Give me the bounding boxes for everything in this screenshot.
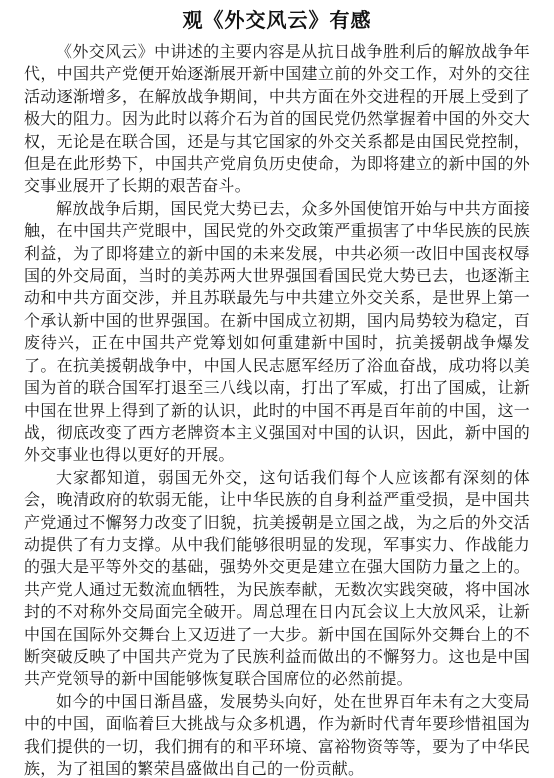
essay-title: 观《外交风云》有感 <box>24 8 530 34</box>
document-page: 观《外交风云》有感 《外交风云》中讲述的主要内容是从抗日战争胜利后的解放战争年代… <box>0 0 554 778</box>
essay-paragraph-1: 《外交风云》中讲述的主要内容是从抗日战争胜利后的解放战争年代，中国共产党便开始逐… <box>24 42 530 199</box>
essay-paragraph-4: 如今的中国日渐昌盛，发展势头向好，处在世界百年未有之大变局中的中国，面临着巨大挑… <box>24 692 530 778</box>
essay-paragraph-2: 解放战争后期，国民党大势已去，众多外国使馆开始与中共方面接触，在中国共产党眼中，… <box>24 199 530 468</box>
essay-paragraph-3: 大家都知道，弱国无外交，这句话我们每个人应该都有深刻的体会，晚清政府的软弱无能，… <box>24 468 530 692</box>
essay-body: 《外交风云》中讲述的主要内容是从抗日战争胜利后的解放战争年代，中国共产党便开始逐… <box>24 42 530 778</box>
